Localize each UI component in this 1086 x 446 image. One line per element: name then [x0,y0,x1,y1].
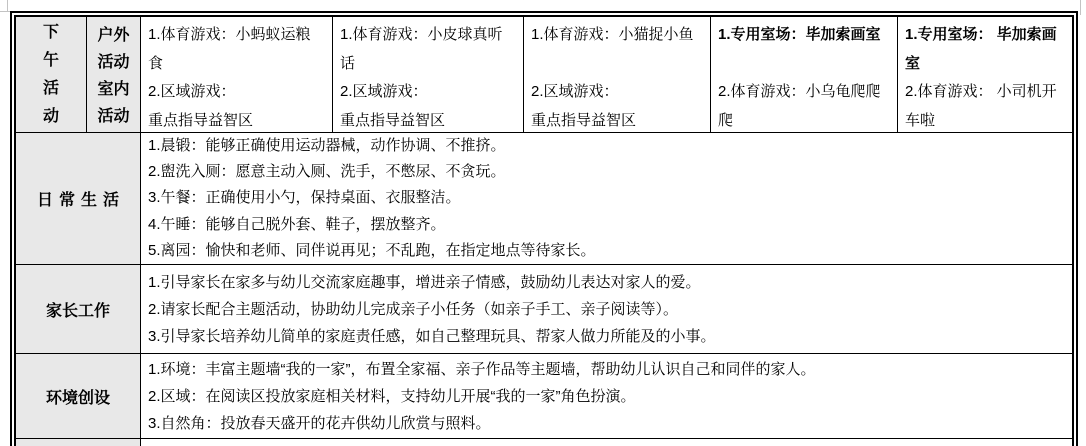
row-header-next-row-cutoff [16,438,140,446]
row-header-environment-setup: 环境创设 [16,353,140,438]
text-line: 1.环境：丰富主题墙“我的一家”，布置全家福、亲子作品等主题墙，帮助幼儿认识自己… [148,356,1066,383]
outdoor-activity-label: 户外活动 [98,22,130,76]
text-line: 2.区域：在阅读区投放家庭相关材料，支持幼儿开展“我的一家”角色扮演。 [148,383,1066,410]
text-line: 话 [340,50,519,79]
text-line: 车啦 [905,107,1068,133]
subheader-outdoor-indoor: 户外活动 室内活动 [86,17,140,132]
daily-life-label: 日常生活 [37,187,125,210]
text-line: 2.请家长配合主题活动，协助幼儿完成亲子小任务（如亲子手工、亲子阅读等）。 [148,296,1066,323]
schedule-table: 下午活动 户外活动 室内活动 1.体育游戏：小蚂蚁运粮食2.区域游戏：重点指导益… [10,11,1078,446]
text-line: 2.体育游戏：小乌龟爬爬 [718,78,893,107]
text-line: 重点指导益智区 [340,107,519,133]
schedule-grid: 下午活动 户外活动 室内活动 1.体育游戏：小蚂蚁运粮食2.区域游戏：重点指导益… [16,17,1072,446]
text-line: 室 [905,50,1068,79]
text-line: 1.专用室场：毕加索画室 [718,21,893,50]
parent-work-content-cell: 1.引导家长在家多与幼儿交流家庭趣事，增进亲子情感，鼓励幼儿表达对家人的爱。2.… [140,264,1072,353]
text-line: 3.引导家长培养幼儿简单的家庭责任感，如自己整理玩具、帮家人做力所能及的小事。 [148,323,1066,350]
text-line: 3.自然角：投放春天盛开的花卉供幼儿欣赏与照料。 [148,410,1066,437]
text-line [718,50,893,79]
text-line: 1.体育游戏：小猫捉小鱼 [531,21,706,50]
day1-activity-cell: 1.体育游戏：小蚂蚁运粮食2.区域游戏：重点指导益智区 [140,17,332,132]
text-line: 2.体育游戏： 小司机开 [905,78,1068,107]
parent-work-label: 家长工作 [46,298,110,321]
text-line: 2.区域游戏： [531,78,706,107]
text-line: 3.午餐：正确使用小勺，保持桌面、衣服整洁。 [148,185,1066,211]
row-header-parent-work: 家长工作 [16,264,140,353]
afternoon-activity-label: 下午活动 [43,19,59,131]
text-line: 5.离园：愉快和老师、同伴说再见；不乱跑，在指定地点等待家长。 [148,238,1066,264]
environment-setup-label: 环境创设 [46,385,110,408]
day3-activity-cell: 1.体育游戏：小猫捉小鱼 2.区域游戏：重点指导益智区 [523,17,710,132]
text-line: 1.体育游戏：小皮球真听 [340,21,519,50]
text-line: 4.午睡：能够自己脱外套、鞋子，摆放整齐。 [148,212,1066,238]
text-line: 1.专用室场： 毕加索画 [905,21,1068,50]
text-line: 食 [148,50,328,79]
text-line: 2.区域游戏： [340,78,519,107]
day2-activity-cell: 1.体育游戏：小皮球真听话2.区域游戏：重点指导益智区 [332,17,523,132]
document-page: 下午活动 户外活动 室内活动 1.体育游戏：小蚂蚁运粮食2.区域游戏：重点指导益… [0,0,1086,446]
text-line [531,50,706,79]
text-line: 1.晨锻：能够正确使用运动器械，动作协调、不推挤。 [148,133,1066,159]
environment-setup-content-cell: 1.环境：丰富主题墙“我的一家”，布置全家福、亲子作品等主题墙，帮助幼儿认识自己… [140,353,1072,438]
daily-life-content-cell: 1.晨锻：能够正确使用运动器械，动作协调、不推挤。2.盥洗入厕：愿意主动入厕、洗… [140,132,1072,264]
text-line: 重点指导益智区 [531,107,706,133]
spreadsheet-gridline-right [1080,0,1081,15]
spreadsheet-gridline-top [0,11,10,12]
text-line: 爬 [718,107,893,133]
text-line: 2.区域游戏： [148,78,328,107]
text-line: 重点指导益智区 [148,107,328,133]
text-line: 1.体育游戏：小蚂蚁运粮 [148,21,328,50]
spreadsheet-gridline-left [7,0,8,11]
indoor-activity-label: 室内活动 [98,76,130,130]
day5-activity-cell: 1.专用室场： 毕加索画室2.体育游戏： 小司机开车啦 [897,17,1072,132]
text-line: 1.引导家长在家多与幼儿交流家庭趣事，增进亲子情感，鼓励幼儿表达对家人的爱。 [148,269,1066,296]
day4-activity-cell: 1.专用室场：毕加索画室 2.体育游戏：小乌龟爬爬爬 [710,17,897,132]
text-line: 2.盥洗入厕：愿意主动入厕、洗手，不憋尿、不贪玩。 [148,159,1066,185]
next-row-content-cutoff [140,438,1072,446]
row-header-daily-life: 日常生活 [16,132,140,264]
row-header-afternoon-activity: 下午活动 [16,17,86,132]
